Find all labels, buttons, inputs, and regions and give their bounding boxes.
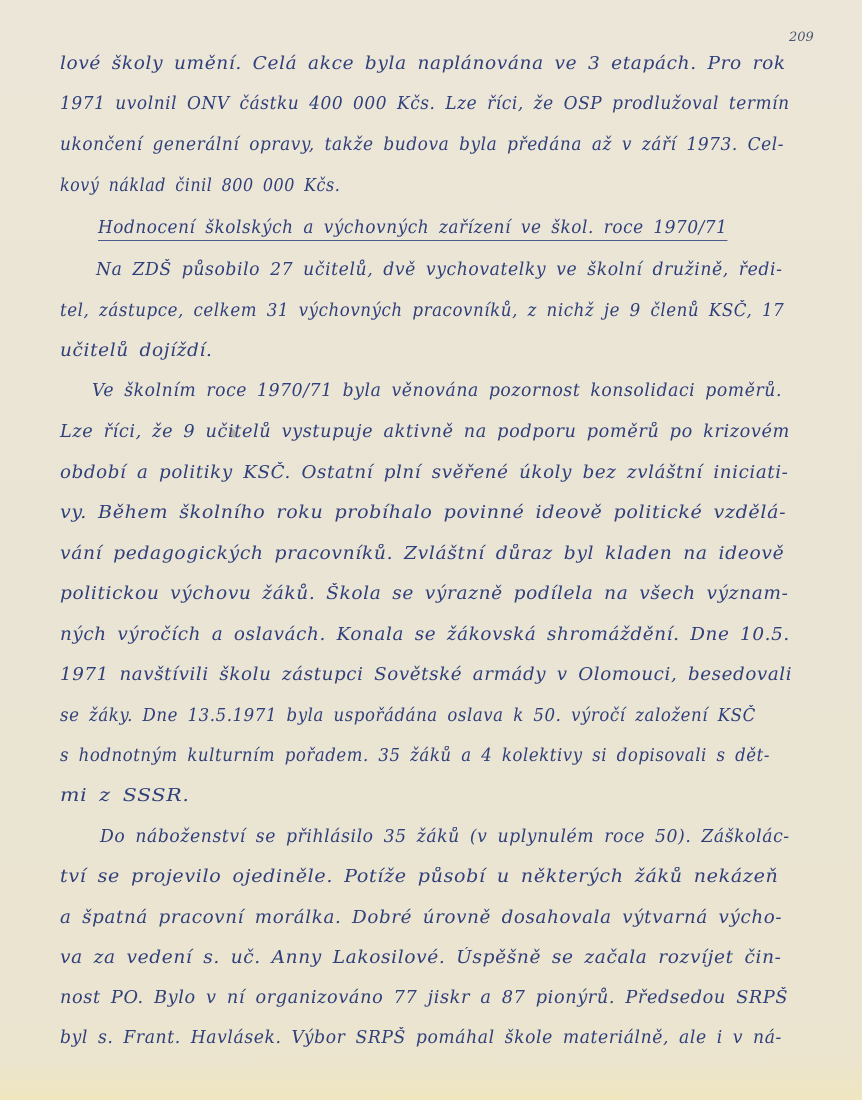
text-line: lové školy umění. Celá akce byla napláno… — [60, 54, 786, 74]
text-line: Ve školním roce 1970/71 byla věnována po… — [92, 381, 782, 401]
text-line: ných výročích a oslavách. Konala se žáko… — [60, 625, 790, 645]
text-line: s hodnotným kulturním pořadem. 35 žáků a… — [60, 746, 770, 766]
text-line: vání pedagogických pracovníků. Zvláštní … — [60, 544, 784, 564]
section-heading: Hodnocení školských a výchovných zařízen… — [98, 218, 727, 238]
text-line: období a politiky KSČ. Ostatní plní svěř… — [60, 463, 788, 483]
text-line: 1971 uvolnil ONV částku 400 000 Kčs. Lze… — [60, 94, 790, 114]
text-line: byl s. Frant. Havlásek. Výbor SRPŠ pomáh… — [60, 1028, 782, 1048]
text-line: ukončení generální opravy, takže budova … — [60, 135, 784, 155]
text-line: Na ZDŠ působilo 27 učitelů, dvě vychovat… — [96, 260, 783, 280]
handwritten-chronicle-page: 209 lové školy umění. Celá akce byla nap… — [0, 0, 862, 1100]
text-line: tví se projevilo ojediněle. Potíže působ… — [60, 867, 778, 887]
text-line: 1971 navštívili školu zástupci Sovětské … — [60, 665, 792, 685]
text-line: mi z SSSR. — [60, 786, 190, 806]
text-line: nost PO. Bylo v ní organizováno 77 jiskr… — [60, 988, 788, 1008]
page-number: 209 — [789, 30, 814, 45]
text-line: Lze říci, že 9 učitelů vystupuje aktivně… — [60, 422, 790, 442]
text-line: vy. Během školního roku probíhalo povinn… — [60, 503, 786, 523]
text-line: va za vedení s. uč. Anny Lakosilové. Úsp… — [60, 948, 782, 968]
text-line: učitelů dojíždí. — [60, 341, 213, 361]
text-line: se žáky. Dne 13.5.1971 byla uspořádána o… — [60, 706, 756, 726]
text-line: a špatná pracovní morálka. Dobré úrovně … — [60, 908, 782, 928]
text-line: Do náboženství se přihlásilo 35 žáků (v … — [100, 827, 790, 847]
text-line: politickou výchovu žáků. Škola se výrazn… — [60, 584, 789, 604]
text-line: kový náklad činil 800 000 Kčs. — [60, 176, 340, 196]
text-line: tel, zástupce, celkem 31 výchovných prac… — [60, 301, 784, 321]
